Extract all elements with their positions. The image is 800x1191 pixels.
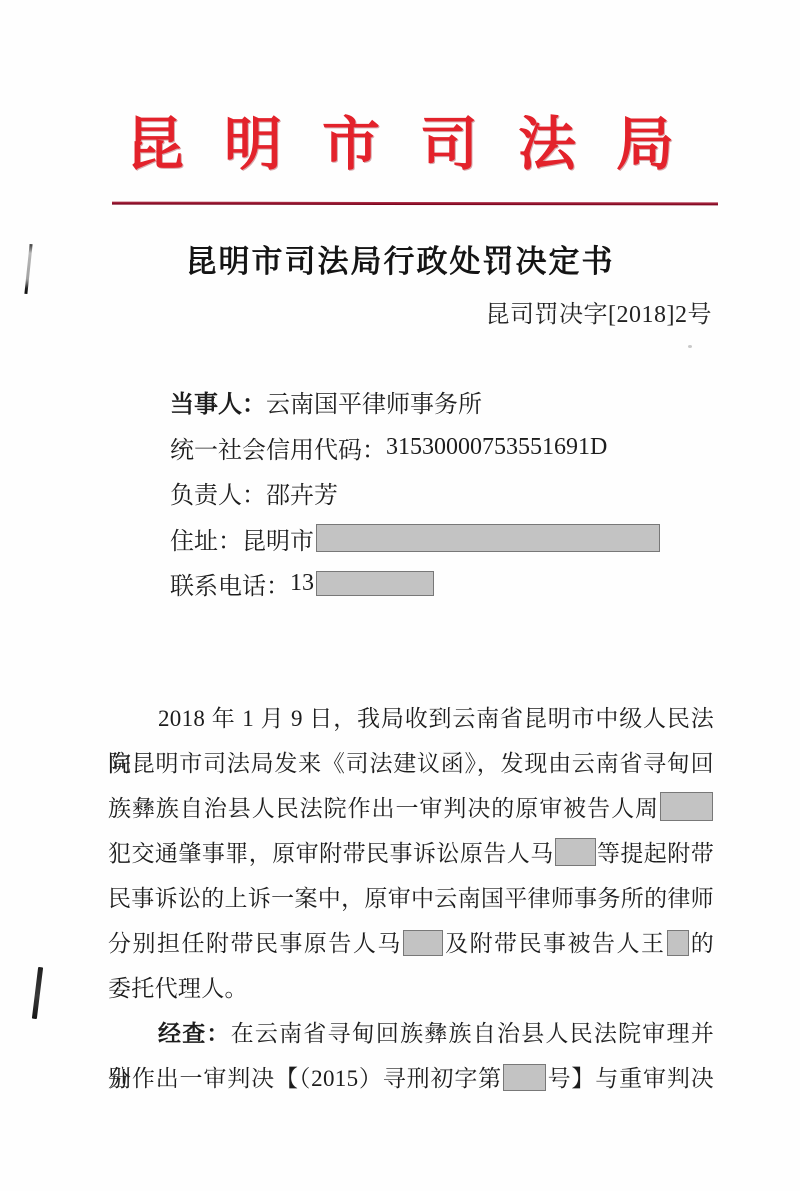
document-title: 昆明市司法局行政处罚决定书: [0, 236, 800, 281]
body-line: 犯交通肇事罪，原审附带民事诉讼原告人马等提起附带: [108, 831, 714, 876]
body-line: 2018 年 1 月 9 日，我局收到云南省昆明市中级人民法院: [108, 696, 714, 741]
party-field-row: 当事人：云南国平律师事务所: [170, 379, 660, 425]
document-number: 昆司罚决字[2018]2号: [0, 294, 712, 329]
body-text-segment: 号】与重审判决: [547, 1066, 714, 1091]
redaction-box: [503, 1064, 546, 1091]
redaction-box: [555, 838, 596, 866]
field-label: 统一社会信用代码：: [170, 430, 386, 465]
party-field-row: 联系电话：13: [170, 561, 660, 607]
letterhead-rule: [112, 202, 718, 206]
party-field-row: 住址：昆明市: [170, 516, 660, 562]
field-value: 昆明市: [242, 521, 314, 556]
body-text-segment: 等提起附带: [597, 841, 714, 866]
body-line: 民事诉讼的上诉一案中，原审中云南国平律师事务所的律师: [108, 876, 714, 921]
field-label: 当事人：: [170, 384, 266, 419]
redaction-box: [316, 524, 660, 552]
body-text-segment: 经查：: [158, 1021, 231, 1046]
field-value: 31530000753551691D: [386, 434, 607, 461]
body-text-segment: 的: [690, 931, 715, 956]
field-label: 负责人：: [170, 475, 266, 510]
body-line: 族彝族自治县人民法院作出一审判决的原审被告人周: [108, 786, 714, 831]
redaction-box: [403, 930, 443, 956]
body-text-segment: 向昆明市司法局发来《司法建议函》，发现由云南省寻甸回: [108, 751, 714, 776]
body-text-segment: 犯交通肇事罪，原审附带民事诉讼原告人马: [108, 841, 554, 866]
body-text-segment: 民事诉讼的上诉一案中，原审中云南国平律师事务所的律师: [108, 886, 714, 911]
field-label: 住址：: [170, 521, 242, 556]
agency-name: 昆明市司法局: [126, 106, 714, 184]
body-text-block: 2018 年 1 月 9 日，我局收到云南省昆明市中级人民法院向昆明市司法局发来…: [108, 696, 714, 1101]
scan-artifact-bottom-left: [32, 967, 43, 1019]
body-line: 经查：在云南省寻甸回族彝族自治县人民法院审理并分: [108, 1011, 714, 1056]
body-text-segment: 委托代理人。: [108, 976, 248, 1001]
field-value: 邵卉芳: [266, 475, 338, 510]
party-field-row: 统一社会信用代码：31530000753551691D: [170, 425, 660, 471]
field-value: 13: [290, 570, 314, 597]
body-text-segment: 别作出一审判决【（2015）寻刑初字第: [108, 1066, 502, 1091]
party-info-block: 当事人：云南国平律师事务所统一社会信用代码：31530000753551691D…: [170, 379, 660, 607]
body-text-segment: 分别担任附带民事原告人马: [108, 931, 402, 956]
scan-speck: [688, 345, 692, 348]
field-value: 云南国平律师事务所: [266, 384, 482, 419]
redaction-box: [316, 571, 434, 596]
body-line: 委托代理人。: [108, 966, 714, 1011]
body-line: 向昆明市司法局发来《司法建议函》，发现由云南省寻甸回: [108, 741, 714, 786]
document-page: 昆明市司法局 昆明市司法局行政处罚决定书 昆司罚决字[2018]2号 当事人：云…: [0, 0, 800, 1191]
letterhead: 昆明市司法局: [0, 106, 800, 184]
body-text-segment: 族彝族自治县人民法院作出一审判决的原审被告人周: [108, 796, 659, 821]
party-field-row: 负责人：邵卉芳: [170, 470, 660, 516]
field-label: 联系电话：: [170, 566, 290, 601]
redaction-box: [667, 930, 689, 956]
body-line: 别作出一审判决【（2015）寻刑初字第号】与重审判决: [108, 1056, 714, 1101]
body-line: 分别担任附带民事原告人马及附带民事被告人王的: [108, 921, 714, 966]
body-text-segment: 及附带民事被告人王: [444, 931, 666, 956]
redaction-box: [660, 792, 713, 821]
